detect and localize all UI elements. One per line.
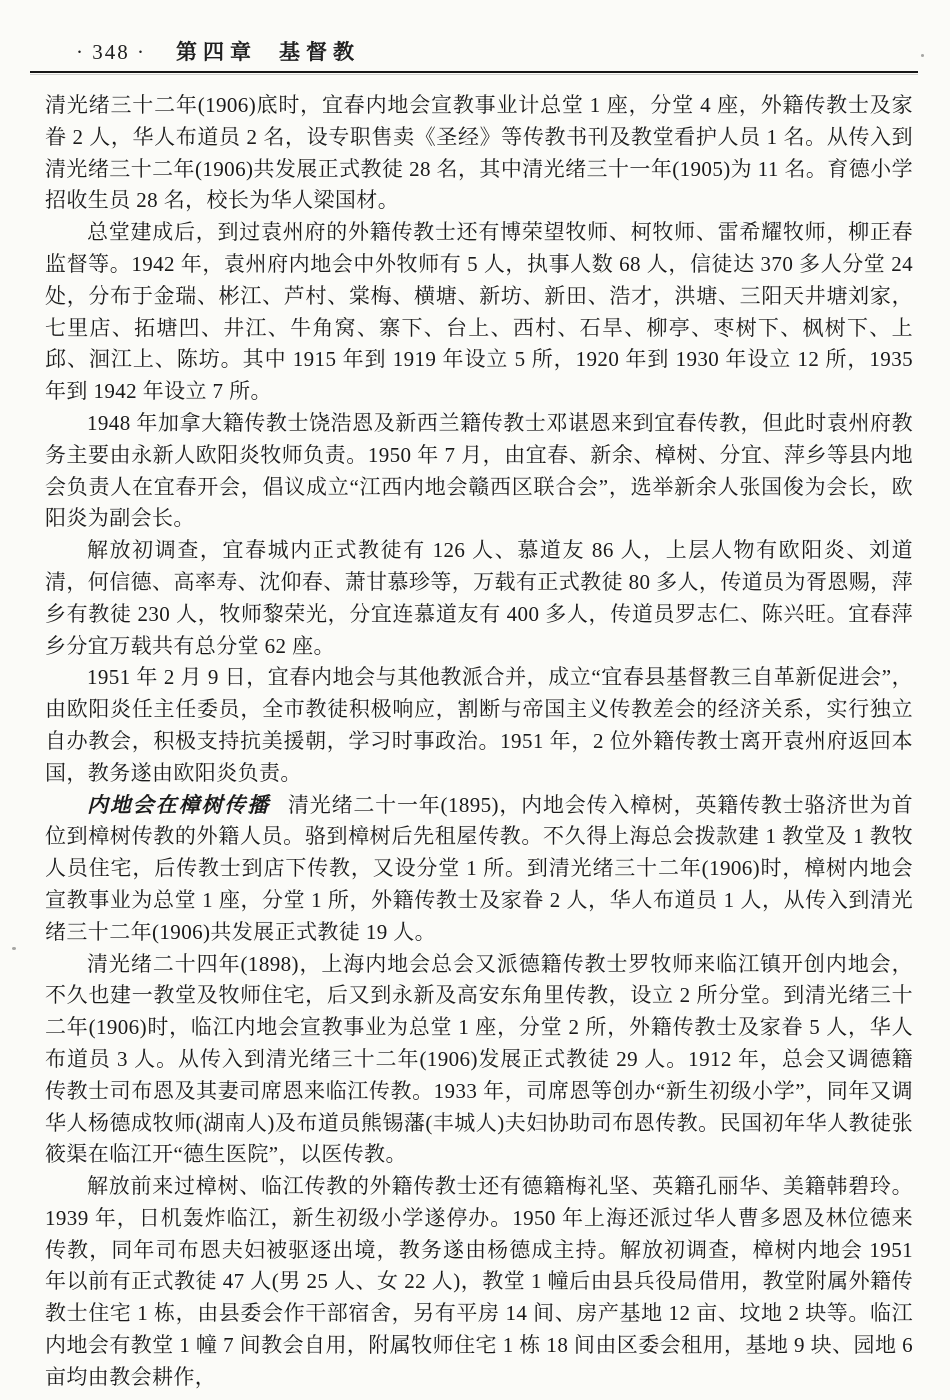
paragraph-1951-three-self: 1951 年 2 月 9 日，宜春内地会与其他教派合并，成立“宜春县基督教三自革…	[45, 662, 913, 789]
chapter-label: 第四章	[176, 36, 257, 66]
paragraph-yuanzhou-missionaries: 总堂建成后，到过袁州府的外籍传教士还有博荣望牧师、柯牧师、雷希耀牧师，柳正春监督…	[45, 217, 913, 408]
scan-artifact-speck	[921, 54, 924, 57]
paragraph-yichun-1906-stats: 清光绪三十二年(1906)底时，宜春内地会宣教事业计总堂 1 座，分堂 4 座，…	[45, 90, 913, 217]
paragraph-text: 清光绪二十四年(1898)，上海内地会总会又派德籍传教士罗牧师来临江镇开创内地会…	[45, 952, 913, 1167]
paragraph-1948-union: 1948 年加拿大籍传教士饶浩恩及新西兰籍传教士邓谌恩来到宜春传教，但此时袁州府…	[45, 408, 913, 535]
paragraph-liberation-survey: 解放初调查，宜春城内正式教徒有 126 人、慕道友 86 人，上层人物有欧阳炎、…	[45, 535, 913, 662]
paragraph-text: 1948 年加拿大籍传教士饶浩恩及新西兰籍传教士邓谌恩来到宜春传教，但此时袁州府…	[45, 411, 913, 530]
page-number: · 348 ·	[76, 40, 146, 65]
section-run-in-heading: 内地会在樟树传播	[87, 793, 270, 817]
book-page: · 348 · 第四章 基督教 清光绪三十二年(1906)底时，宜春内地会宣教事…	[0, 0, 950, 1400]
body-text: 清光绪三十二年(1906)底时，宜春内地会宣教事业计总堂 1 座，分堂 4 座，…	[45, 90, 913, 1394]
paragraph-text: 解放前来过樟树、临江传教的外籍传教士还有德籍梅礼坚、英籍孔丽华、美籍韩碧玲。19…	[45, 1174, 913, 1389]
paragraph-text: 清光绪三十二年(1906)底时，宜春内地会宣教事业计总堂 1 座，分堂 4 座，…	[45, 93, 913, 212]
paragraph-text: 总堂建成后，到过袁州府的外籍传教士还有博荣望牧师、柯牧师、雷希耀牧师，柳正春监督…	[45, 220, 913, 403]
scan-artifact-speck	[12, 947, 16, 950]
paragraph-pre-liberation-summary: 解放前来过樟树、临江传教的外籍传教士还有德籍梅礼坚、英籍孔丽华、美籍韩碧玲。19…	[45, 1171, 913, 1394]
page-header: · 348 · 第四章 基督教	[76, 36, 360, 66]
header-divider-rule	[30, 71, 918, 73]
paragraph-text: 解放初调查，宜春城内正式教徒有 126 人、慕道友 86 人，上层人物有欧阳炎、…	[45, 538, 913, 657]
paragraph-zhangshu-spread: 内地会在樟树传播清光绪二十一年(1895)，内地会传入樟树，英籍传教士骆济世为首…	[45, 790, 913, 949]
paragraph-text: 1951 年 2 月 9 日，宜春内地会与其他教派合并，成立“宜春县基督教三自革…	[45, 665, 913, 784]
chapter-title: 基督教	[279, 36, 360, 66]
chapter-heading: 第四章 基督教	[176, 36, 360, 66]
paragraph-linjiang-mission: 清光绪二十四年(1898)，上海内地会总会又派德籍传教士罗牧师来临江镇开创内地会…	[45, 949, 913, 1172]
